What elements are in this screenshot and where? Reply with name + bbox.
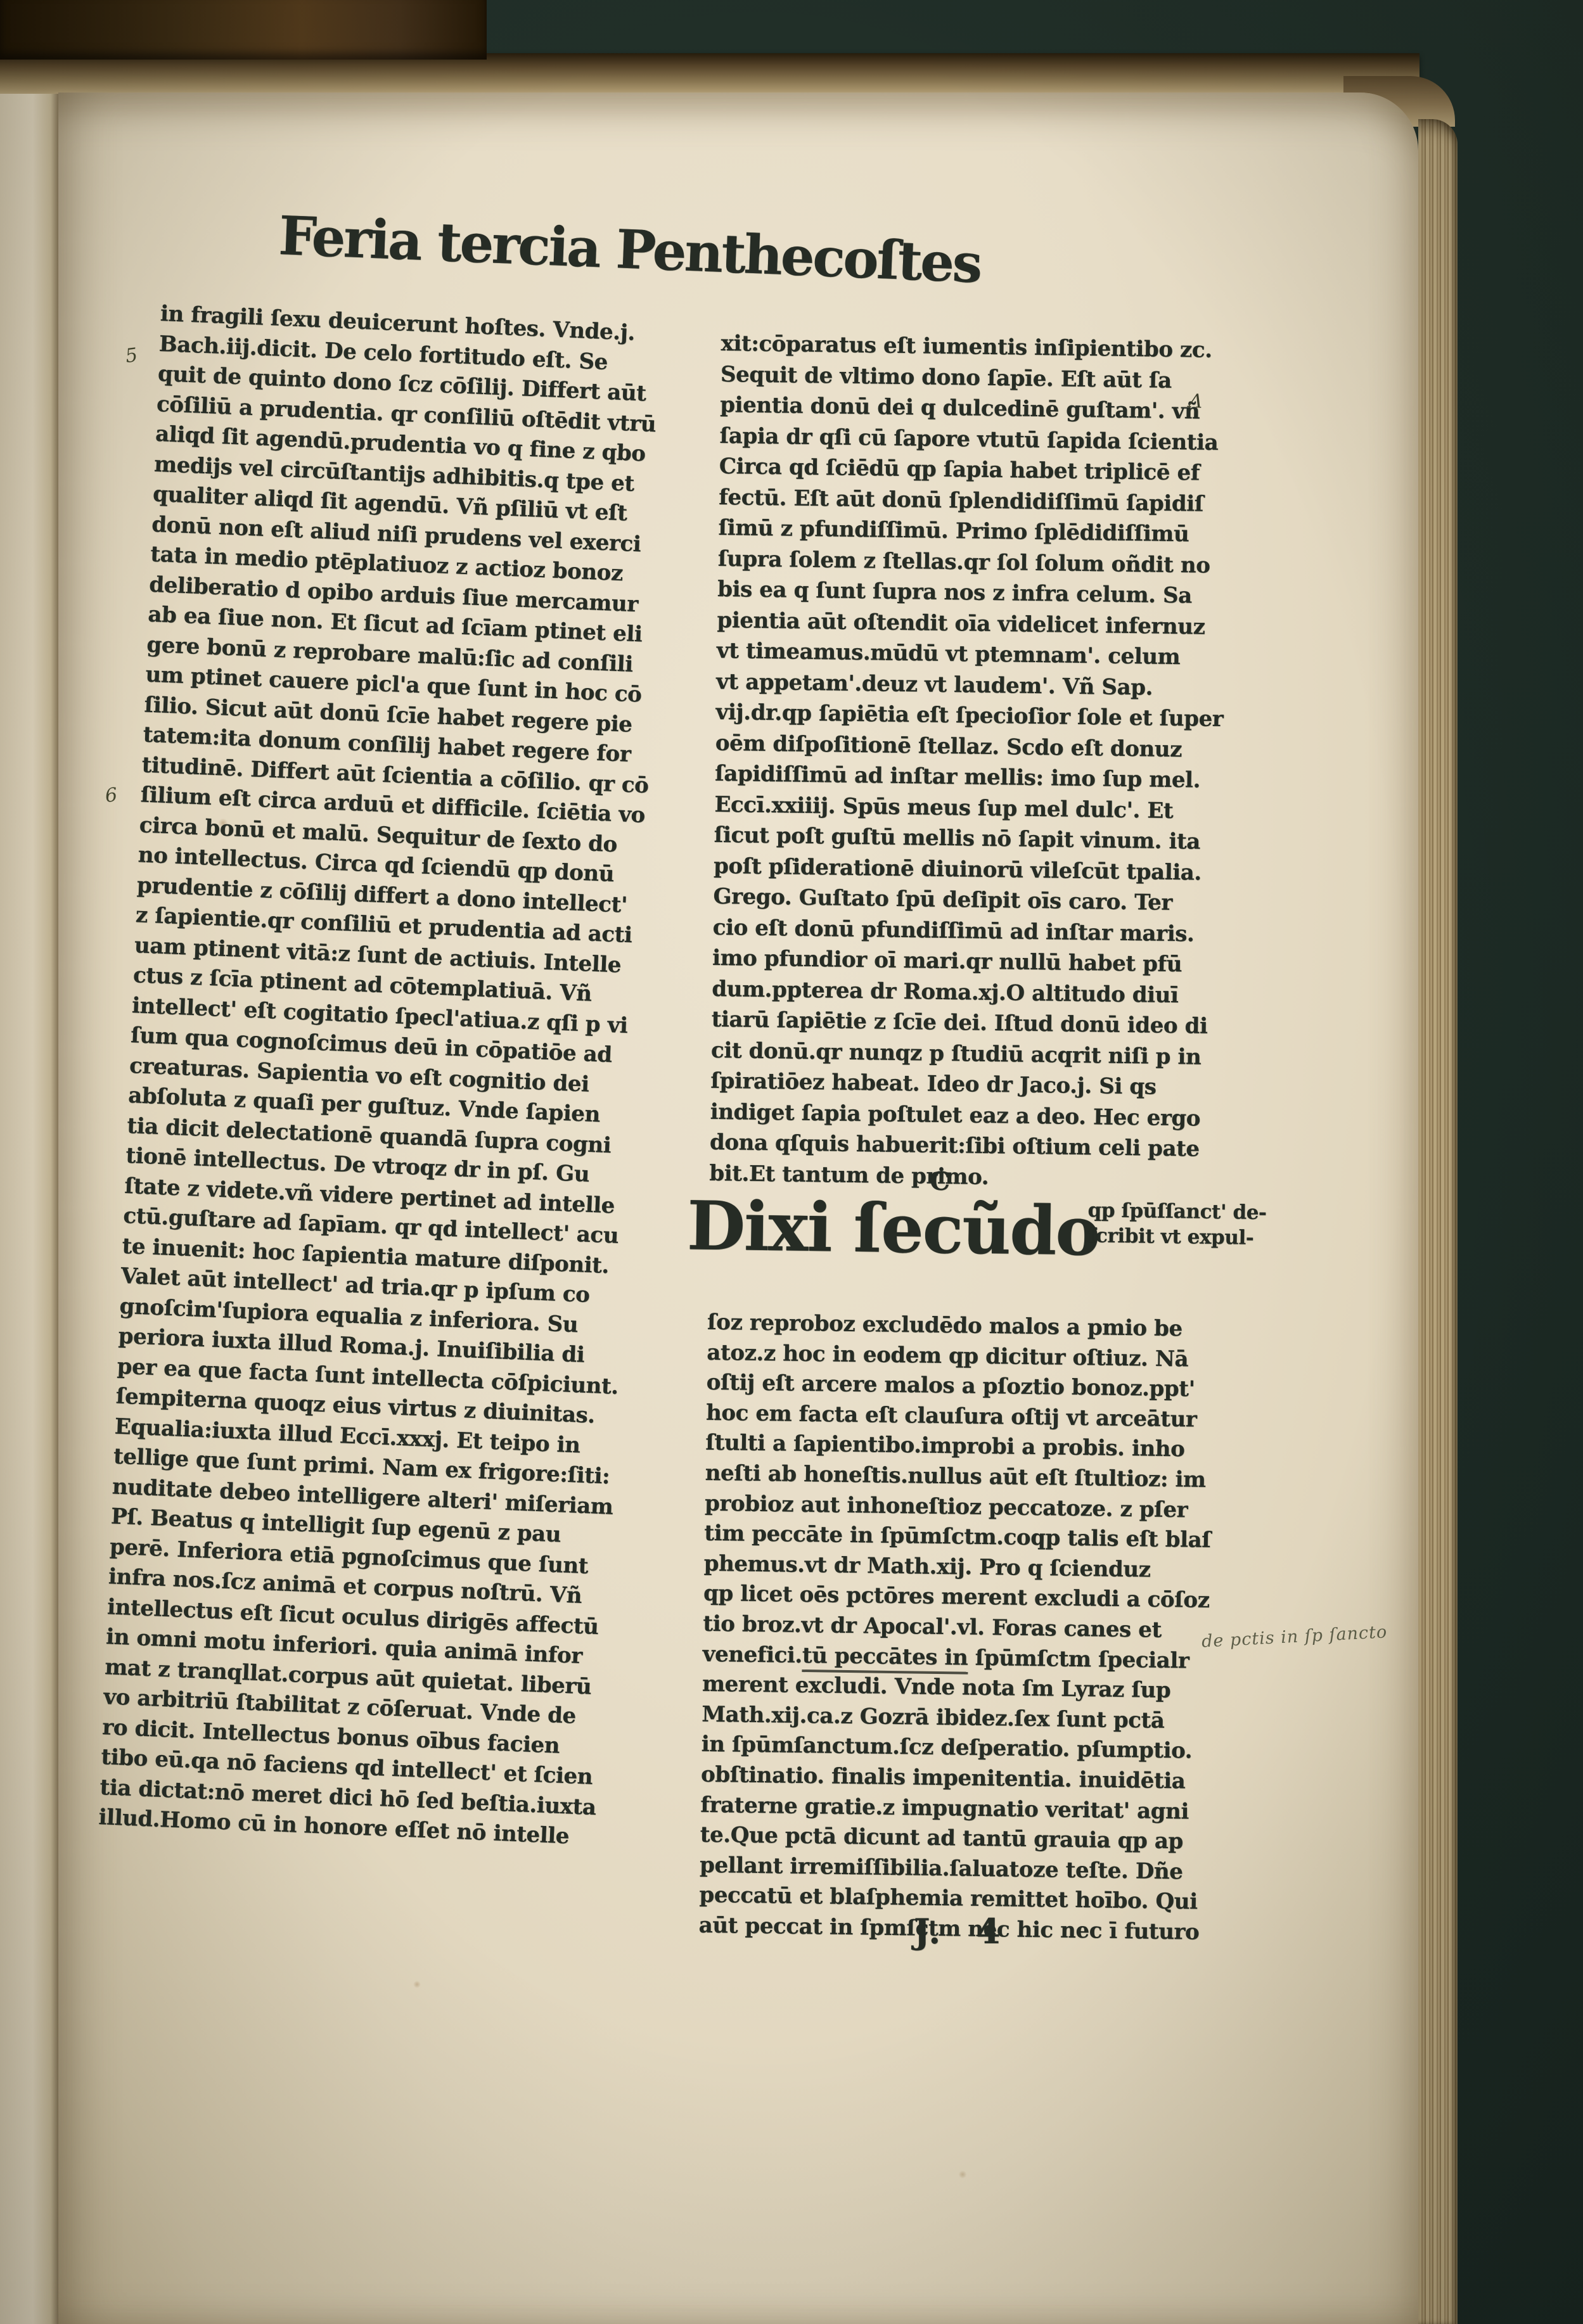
right-text-column: xit:cōparatus eſt iumentis inſipientibo … — [698, 328, 1247, 1948]
book-photo-scene: Feria tercia Penthecoſtes in fragili ſex… — [0, 0, 1583, 2324]
handwritten-caret-mark: Λ — [1188, 390, 1203, 412]
right-column-lower-block: ſoz reproboz excludēdo malos a pmio beat… — [698, 1308, 1233, 1948]
left-text-column: in fragili ſexu deuicerunt hoſtes. Vnde.… — [98, 299, 672, 1854]
right-column-upper-block: xit:cōparatus eſt iumentis inſipientibo … — [709, 328, 1247, 1196]
section-heading-side-lines: qp ſpūſſanct' de-ſcribit vt expul- — [1087, 1197, 1267, 1251]
text-line: qp ſpūſſanct' de- — [1087, 1197, 1266, 1225]
text-line: ſcribit vt expul- — [1087, 1223, 1266, 1251]
binding-leather — [0, 0, 487, 60]
paper-stain — [958, 2171, 967, 2178]
book-head-edge — [0, 53, 1420, 98]
quire-signature: J. 4 — [914, 1911, 1002, 1951]
hand-underlined-text: tū peccātes in — [802, 1643, 968, 1675]
facing-page-edge — [0, 94, 60, 2324]
handwritten-margin-mark-6: 6 — [104, 784, 119, 807]
paper-stain — [413, 1981, 421, 1988]
fore-edge-page-stack — [1418, 119, 1458, 2324]
section-heading-large-text: Dixi ſecũdo — [686, 1185, 1099, 1270]
section-heading-block: Dixi ſecũdo qp ſpūſſanct' de-ſcribit vt … — [708, 1191, 1235, 1299]
